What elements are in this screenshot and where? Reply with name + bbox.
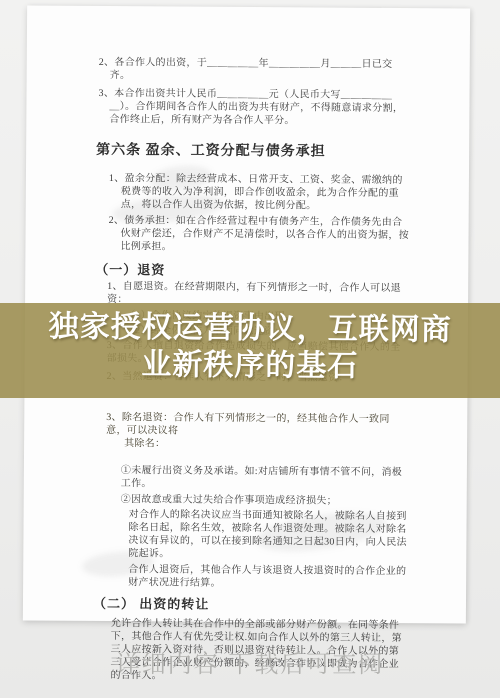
section-heading: 第六条 盈余、工资分配与债务承担 (96, 142, 411, 162)
contract-line: ②因故意或重大过失给合作事项造成经济损失； (121, 493, 409, 508)
download-hint-text: 详细内容 下载后可查阅 (0, 650, 500, 680)
contract-line: ①未履行出资义务及承诺。如:对店铺所有事情不管不问，消极工作。 (121, 464, 409, 492)
contract-line: 合作人退资后，其他合作人与该退资人按退资时的合作企业的财产状况进行结算。 (128, 563, 408, 591)
contract-line: 3、本合作出资共计人民币＿＿＿＿＿元（人民币大写＿＿＿＿＿＿）。合作期间各合作人… (98, 87, 411, 128)
contract-line-obscured: 其除名： (124, 437, 409, 452)
banner-title-line2: 业新秩序的基石 (0, 345, 500, 386)
contract-line: 2、各合作人的出资，于＿＿＿＿＿年＿＿＿＿＿月＿＿＿日已交齐。 (99, 56, 412, 84)
banner-title-line1: 独家授权运营协议，互联网商 (0, 308, 500, 349)
contract-line-obscured: 3、除名退资：合作人有下列情形之一的，经其他合作人一致同意，可以决议将 (106, 411, 409, 439)
title-watermark-banner: 独家授权运营协议，互联网商 业新秩序的基石 (0, 303, 500, 398)
subsection-heading: （一）退资 (95, 261, 410, 280)
banner-title: 独家授权运营协议，互联网商 业新秩序的基石 (0, 308, 500, 386)
subsection-heading: （二） 出资的转让 (93, 595, 408, 614)
